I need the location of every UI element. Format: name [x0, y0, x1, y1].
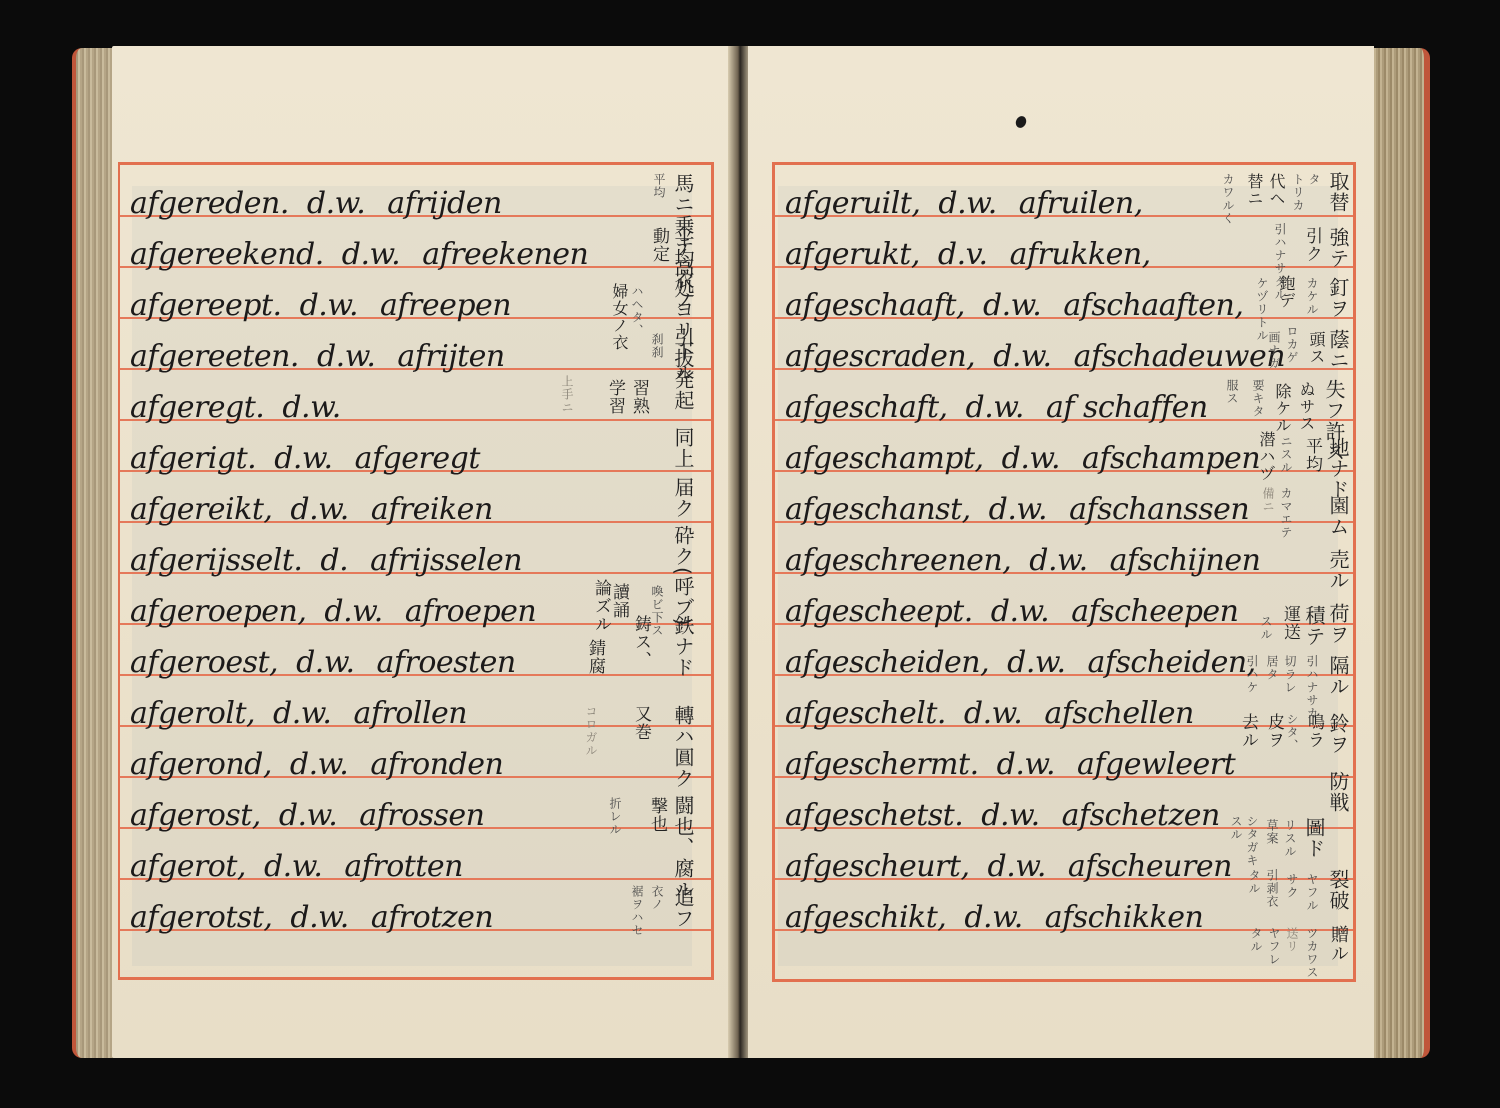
japanese-note: 備ニ [1261, 487, 1274, 513]
entry-row: afgerigt.d.w.afgeregt [120, 420, 711, 472]
japanese-note: 送リ [1285, 927, 1298, 953]
japanese-note: 引ハケ [1245, 655, 1258, 694]
japanese-note: 鉋デ [1275, 275, 1297, 309]
open-book: afgereden.d.w.afrijden afgereekend.d.w.a… [0, 0, 1500, 1108]
japanese-note: 婦女ノ衣 [608, 283, 630, 351]
japanese-note: シタ、 [1285, 713, 1298, 752]
infinitive: afschikken [1045, 900, 1204, 935]
japanese-gloss-column: 追フ [672, 887, 694, 929]
japanese-gloss-column: 引抜発起 [672, 327, 694, 411]
japanese-note: 代ヘ [1265, 173, 1287, 207]
japanese-note: カワルく [1221, 173, 1234, 225]
japanese-note: ツカワス [1305, 927, 1318, 979]
japanese-note: ハヘタ、 [630, 285, 643, 337]
entry-row: afgeschaft,d.w.af schaffen [775, 369, 1353, 421]
japanese-note: タル [1249, 927, 1262, 953]
japanese-note: 上手ニ [560, 375, 573, 414]
japanese-gloss-column: 強テ [1327, 227, 1349, 269]
japanese-note: 平均 [1301, 437, 1323, 473]
entry-row: afgerotst,d.w.afrotzen [120, 879, 711, 931]
japanese-note: ぬサス [1295, 381, 1317, 432]
japanese-gloss-column: 売ル [1327, 549, 1349, 591]
japanese-gloss-column: 隔ル [1327, 655, 1349, 697]
japanese-note: 引ハナサカ [1305, 655, 1318, 720]
japanese-gloss-column: 平均衣ノ [672, 227, 694, 311]
japanese-note: 画ナガ [1267, 331, 1280, 370]
japanese-gloss-column: 贈ル [1327, 925, 1349, 963]
japanese-note: カマエテ [1279, 487, 1292, 539]
grammar-abbr: d.w. [290, 900, 348, 935]
japanese-note: トリカ [1291, 173, 1304, 212]
book-gutter [728, 46, 750, 1058]
entry-row: afgerolt,d.w.afrollen [120, 675, 711, 727]
left-page-ruled-frame: afgereden.d.w.afrijden afgereekend.d.w.a… [118, 162, 714, 980]
entry-row: afgerukt,d.v.afrukken, [775, 216, 1353, 268]
japanese-gloss-column: 取替 [1327, 171, 1349, 213]
headword: afgerotst, [130, 900, 272, 935]
entry-row: afgeroest,d.w.afroesten [120, 624, 711, 676]
left-page: afgereden.d.w.afrijden afgereekend.d.w.a… [112, 46, 730, 1058]
japanese-gloss-column: 鈴ヲ [1327, 713, 1349, 755]
japanese-note: 除ケル [1271, 383, 1293, 434]
japanese-note: 又巻 [630, 705, 652, 741]
japanese-note: シタガキ [1245, 815, 1258, 867]
japanese-note: 頭ス [1305, 331, 1327, 365]
japanese-gloss-column: 地ナド [1327, 437, 1349, 500]
japanese-note: 皮ヲ [1263, 713, 1285, 749]
japanese-note: 刹刹 [650, 333, 663, 359]
japanese-note: タ [1307, 173, 1320, 186]
japanese-note: 積テ [1303, 605, 1325, 647]
japanese-gloss-column: 蔭ニ [1327, 329, 1349, 371]
grammar-abbr: d.w. [964, 900, 1022, 935]
japanese-gloss-column: 同上 [672, 427, 694, 469]
japanese-note: 運送 [1279, 605, 1301, 641]
japanese-gloss-column: 砕ク(呼ブ) [672, 525, 694, 627]
japanese-note: 撃也 [646, 797, 668, 833]
japanese-gloss-column: 轉ハ圓ク [672, 705, 694, 789]
japanese-gloss-column: 防戦 [1327, 771, 1349, 813]
japanese-note: 裾ヲハセ [630, 885, 643, 937]
japanese-note: ニスル [1279, 435, 1292, 474]
japanese-note: ヤフレ [1267, 927, 1280, 966]
headword: afgeschikt, [785, 900, 946, 935]
japanese-note: 習熟 [628, 379, 650, 415]
japanese-note: 切ラレ [1283, 655, 1296, 694]
japanese-note: サク [1285, 873, 1298, 899]
japanese-note: 潜ハヅ [1255, 431, 1277, 482]
right-page-edge [1372, 48, 1430, 1058]
japanese-gloss-column: 圖ド [1303, 817, 1325, 859]
japanese-gloss-column: 鉄ナド [672, 615, 694, 678]
japanese-note: 鋳ス、 [630, 615, 652, 669]
entry-row: afgerijsselt.d.afrijsselen [120, 522, 711, 574]
japanese-gloss-column: 裂破 [1327, 869, 1349, 911]
japanese-note: 引ク [1301, 227, 1323, 263]
japanese-note: 錆腐 [584, 639, 606, 675]
japanese-note: 居タ [1265, 655, 1278, 681]
entry-row: afgerond,d.w.afronden [120, 726, 711, 778]
japanese-gloss-column: 釘ヲ [1327, 277, 1349, 319]
japanese-gloss-column: 園ム [1327, 495, 1349, 537]
japanese-note: 去ル [1237, 713, 1259, 749]
japanese-note: スル [1259, 615, 1272, 641]
ink-blot [1014, 114, 1028, 129]
entry-row: afgereikt,d.w.afreiken [120, 471, 711, 523]
right-page: afgeruilt,d.w.afruilen, afgerukt,d.v.afr… [748, 46, 1374, 1058]
japanese-note: リスル [1283, 819, 1296, 858]
japanese-note: スル [1229, 815, 1242, 841]
japanese-note: 要キタ [1251, 379, 1264, 418]
japanese-note: 引剥衣 [1265, 869, 1278, 908]
japanese-note: コロガル [584, 705, 597, 757]
right-page-ruled-frame: afgeruilt,d.w.afruilen, afgerukt,d.v.afr… [772, 162, 1356, 982]
japanese-note: 草案 [1265, 819, 1278, 845]
japanese-note: 讀誦 [608, 583, 630, 619]
infinitive: afrotzen [371, 900, 493, 935]
japanese-note: 折レル [608, 797, 621, 836]
japanese-note: 学習 [604, 379, 626, 415]
japanese-note: ロカゲ [1285, 325, 1298, 364]
japanese-note: 鳴ラ [1303, 713, 1325, 749]
japanese-note: ヤフル [1305, 873, 1318, 912]
entry-row: afgereden.d.w.afrijden [120, 165, 711, 217]
japanese-note: 衣ノ [650, 885, 663, 911]
japanese-gloss-column: 届ク [672, 477, 694, 519]
japanese-note: カケル [1305, 277, 1318, 316]
japanese-note: 替ニ [1243, 173, 1265, 207]
entry-row: afgereekend.d.w.afreekenen [120, 216, 711, 268]
entry-row: afgerost,d.w.afrossen [120, 777, 711, 829]
japanese-note: 平均 [652, 173, 665, 199]
entry-row: afgerot,d.w.afrotten [120, 828, 711, 880]
japanese-note: タル [1247, 869, 1260, 895]
entry-row: afgeschreenen,d.w.afschijnen [775, 522, 1353, 574]
japanese-gloss-column: 闘也、腐ル [672, 795, 694, 900]
japanese-note: 服ス [1225, 379, 1238, 405]
japanese-gloss-column: 荷ヲ [1327, 603, 1349, 645]
japanese-note: 動定 [648, 227, 670, 263]
